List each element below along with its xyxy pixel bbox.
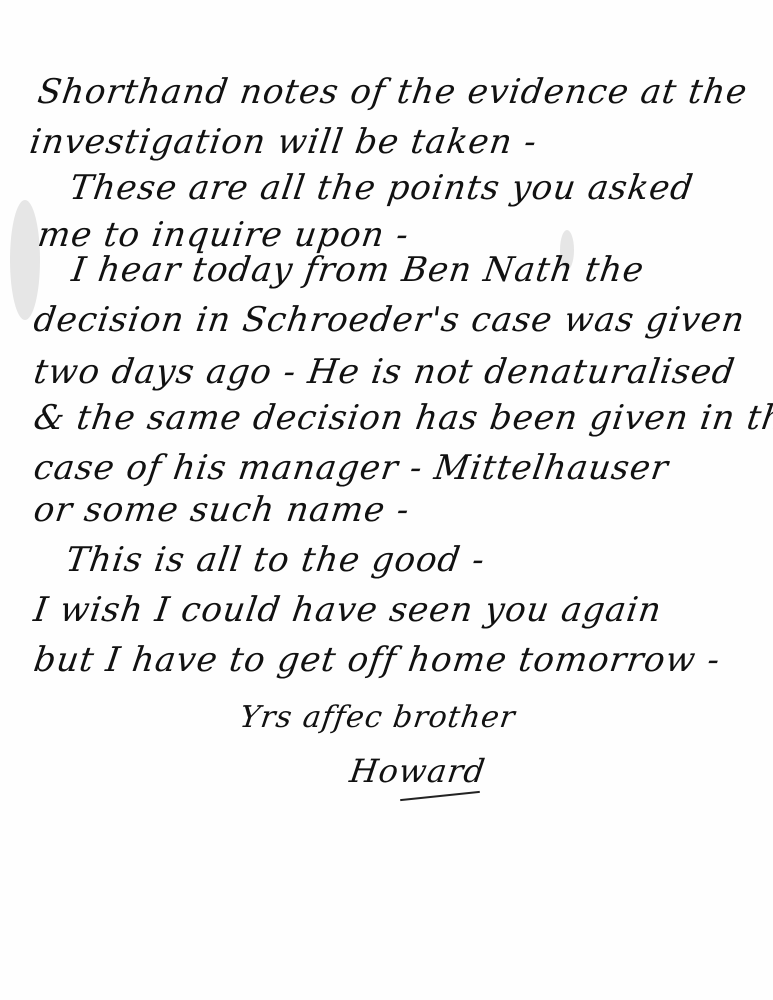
- letter-page: Shorthand notes of the evidence at the i…: [0, 0, 773, 1000]
- letter-line: or some such name -: [31, 490, 412, 530]
- letter-line: but I have to get off home tomorrow -: [31, 640, 723, 680]
- letter-line: I hear today from Ben Nath the: [69, 250, 647, 290]
- letter-line: me to inquire upon -: [35, 215, 412, 255]
- signature-underline: [400, 791, 480, 801]
- letter-line: I wish I could have seen you again: [31, 590, 664, 630]
- letter-line: case of his manager - Mittelhauser: [31, 448, 671, 488]
- letter-signature: Howard: [347, 752, 488, 790]
- letter-line: Shorthand notes of the evidence at the: [35, 72, 750, 112]
- letter-closing: Yrs affec brother: [238, 700, 518, 735]
- letter-line: investigation will be taken -: [27, 122, 540, 162]
- letter-line: decision in Schroeder's case was given: [31, 300, 748, 340]
- letter-line: This is all to the good -: [63, 540, 487, 580]
- letter-line: These are all the points you asked: [67, 168, 696, 208]
- letter-line: & the same decision has been given in th…: [31, 398, 773, 438]
- letter-line: two days ago - He is not denaturalised: [31, 352, 738, 392]
